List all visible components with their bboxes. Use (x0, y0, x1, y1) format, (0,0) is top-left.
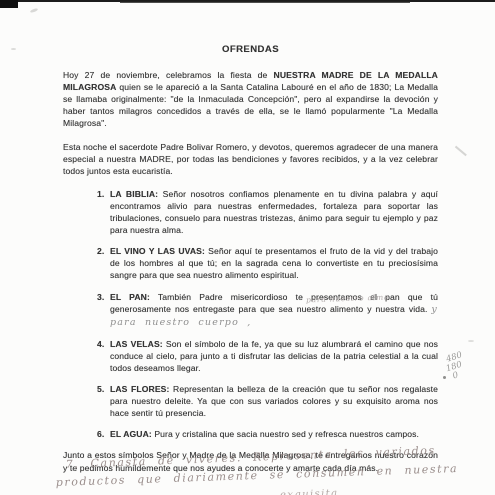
item-term: EL VINO Y LAS UVAS: (110, 246, 205, 256)
list-item-pan: 3.EL PAN: También Padre misericordioso t… (63, 291, 438, 329)
item-term: EL PAN: (110, 292, 150, 302)
scanned-document-page: OFRENDAS Hoy 27 de noviembre, celebramos… (0, 0, 495, 495)
document-body: OFRENDAS Hoy 27 de noviembre, celebramos… (63, 44, 438, 485)
list-item-agua: 6.EL AGUA: Pura y cristalina que sacia n… (63, 428, 438, 440)
item-number: 3. (97, 291, 104, 303)
scan-smudge (30, 8, 39, 14)
item-term: LAS FLORES: (110, 384, 169, 394)
intro-1-post: quien se le apareció a la Santa Catalina… (63, 82, 438, 128)
handwritten-bottom-note-line3: exquisita (280, 488, 339, 495)
scan-corner-artifact (0, 0, 18, 8)
list-item-velas: 4.LAS VELAS: Son el símbolo de la fe, ya… (63, 338, 438, 374)
handwritten-interlinear-note: para nuestro alma (306, 291, 390, 306)
scan-edge-artifact (120, 1, 410, 3)
item-number: 4. (97, 338, 104, 350)
scan-smudge (468, 340, 474, 342)
intro-paragraph-1: Hoy 27 de noviembre, celebramos la fiest… (63, 69, 438, 129)
item-text: Pura y cristalina que sacia nuestro sed … (152, 429, 419, 439)
intro-paragraph-2: Esta noche el sacerdote Padre Bolivar Ro… (63, 141, 438, 177)
item-number: 1. (97, 188, 104, 200)
item-number: 5. (97, 383, 104, 395)
offerings-list: 1.LA BIBLIA: Señor nosotros confiamos pl… (63, 188, 438, 441)
item-number: 6. (97, 428, 104, 440)
handwritten-margin-number: 0 (452, 368, 469, 381)
item-number: 2. (97, 245, 104, 257)
intro-1-pre: Hoy 27 de noviembre, celebramos la fiest… (63, 70, 274, 80)
list-item-biblia: 1.LA BIBLIA: Señor nosotros confiamos pl… (63, 188, 438, 236)
handwritten-margin-numbers: 480 180 0 (445, 351, 469, 382)
pencil-dot-mark (443, 376, 446, 379)
item-term: LAS VELAS: (110, 339, 163, 349)
scan-smudge (11, 48, 16, 50)
document-title: OFRENDAS (63, 44, 438, 56)
item-text: Señor nosotros confiamos plenamente en t… (110, 189, 438, 235)
scan-smudge (455, 146, 467, 156)
item-term: LA BIBLIA: (110, 189, 158, 199)
item-term: EL AGUA: (110, 429, 152, 439)
list-item-vino-uvas: 2.EL VINO Y LAS UVAS: Señor aquí te pres… (63, 245, 438, 281)
list-item-flores: 5.LAS FLORES: Representan la belleza de … (63, 383, 438, 419)
